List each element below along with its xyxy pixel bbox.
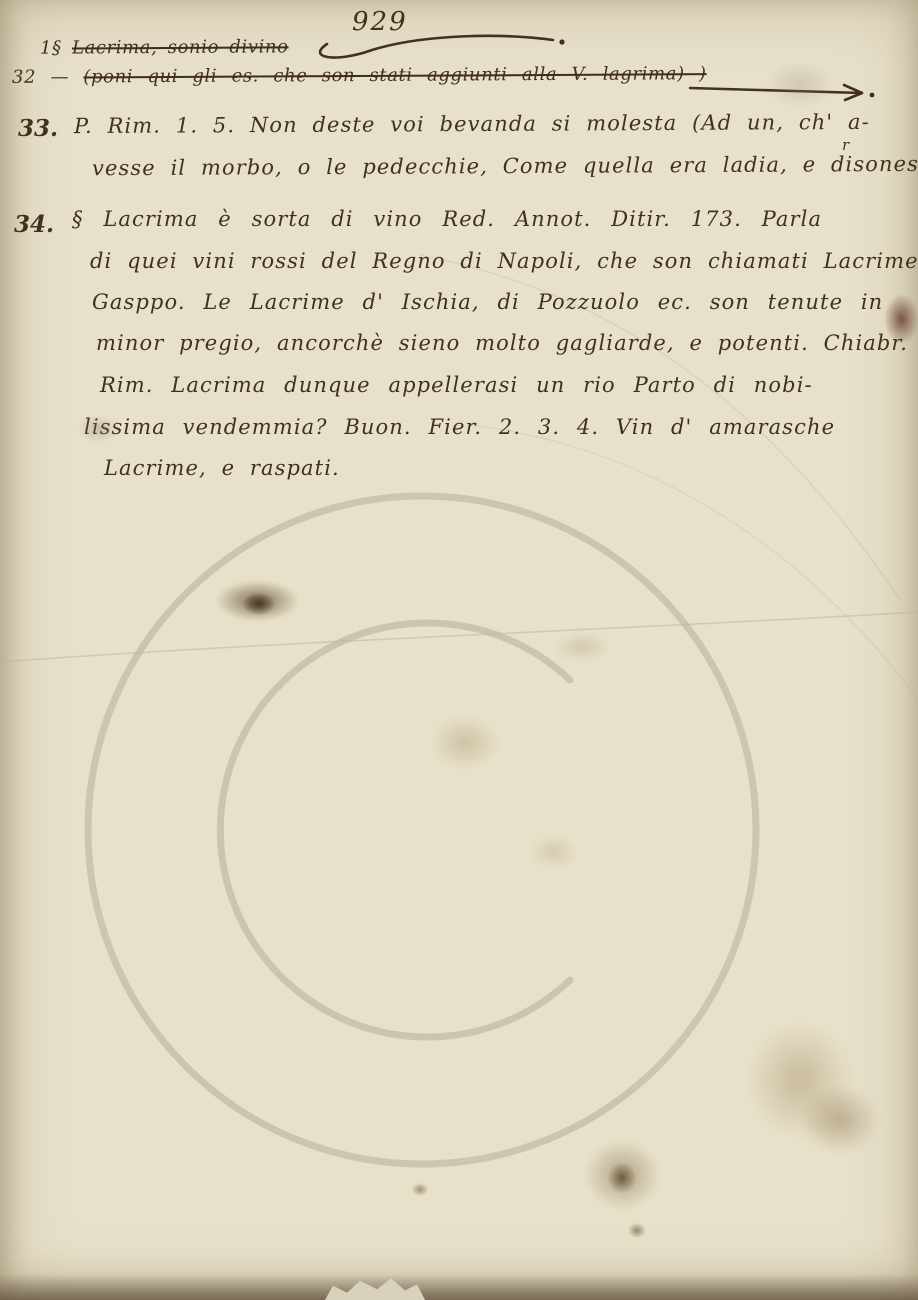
paper-stain bbox=[800, 1085, 880, 1155]
page-number: 929 bbox=[352, 8, 408, 37]
paper-stain bbox=[585, 1140, 660, 1210]
entry-34-line-5: Rim. Lacrima dunque appellerasi un rio P… bbox=[100, 374, 813, 397]
insertion-mark: r bbox=[842, 136, 849, 154]
copyright-watermark-icon bbox=[0, 0, 918, 1300]
struck-line-2: 32 — (poni qui gli es. che son stati agg… bbox=[12, 64, 707, 87]
smudge bbox=[765, 62, 835, 107]
struck-line-1-text: Lacrima, sonio divino bbox=[72, 36, 289, 58]
entry-33-number: 33. bbox=[18, 116, 58, 141]
page-number-underline-flourish bbox=[320, 36, 553, 58]
strike-arrowhead bbox=[844, 85, 862, 100]
crease-arc bbox=[470, 425, 918, 700]
manuscript-page: 929 1§ Lacrima, sonio divino 32 — (poni … bbox=[0, 0, 918, 1300]
entry-34-line-6: lissima vendemmia? Buon. Fier. 2. 3. 4. … bbox=[84, 416, 835, 439]
paper-stain bbox=[530, 835, 578, 869]
entry-34-line-1: § Lacrima è sorta di vino Red. Annot. Di… bbox=[72, 208, 822, 231]
speck bbox=[412, 1183, 428, 1196]
entry-33-line-2: vesse il morbo, o le pedecchie, Come que… bbox=[92, 153, 918, 181]
entry-34-number: 34. bbox=[14, 212, 54, 237]
entry-34-line-4: minor pregio, ancorchè sieno molto gagli… bbox=[96, 332, 908, 355]
smudge bbox=[555, 632, 610, 662]
struck-line-2-text: (poni qui gli es. che son stati aggiunti… bbox=[83, 63, 706, 87]
struck-line-2-prefix: 32 — bbox=[12, 67, 69, 88]
strike-arrow bbox=[690, 88, 862, 93]
paper-stain bbox=[430, 715, 500, 770]
struck-line-1: 1§ Lacrima, sonio divino bbox=[40, 37, 289, 58]
entry-33-line-1: P. Rim. 1. 5. Non deste voi bevanda si m… bbox=[74, 111, 870, 138]
fold-crease bbox=[0, 612, 918, 662]
entry-34-line-7: Lacrime, e raspati. bbox=[104, 457, 340, 480]
ink-stain-core bbox=[243, 593, 275, 615]
ink-stain bbox=[215, 580, 300, 622]
struck-line-1-prefix: 1§ bbox=[40, 38, 62, 59]
paper-stain bbox=[745, 1020, 855, 1140]
paper-stain-core bbox=[608, 1163, 636, 1193]
bottom-edge-shadow bbox=[0, 1274, 918, 1300]
entry-34-line-2: di quei vini rossi del Regno di Napoli, … bbox=[90, 250, 918, 273]
entry-34-line-3: Gasppo. Le Lacrime d' Ischia, di Pozzuol… bbox=[92, 291, 883, 314]
speck bbox=[628, 1223, 646, 1238]
